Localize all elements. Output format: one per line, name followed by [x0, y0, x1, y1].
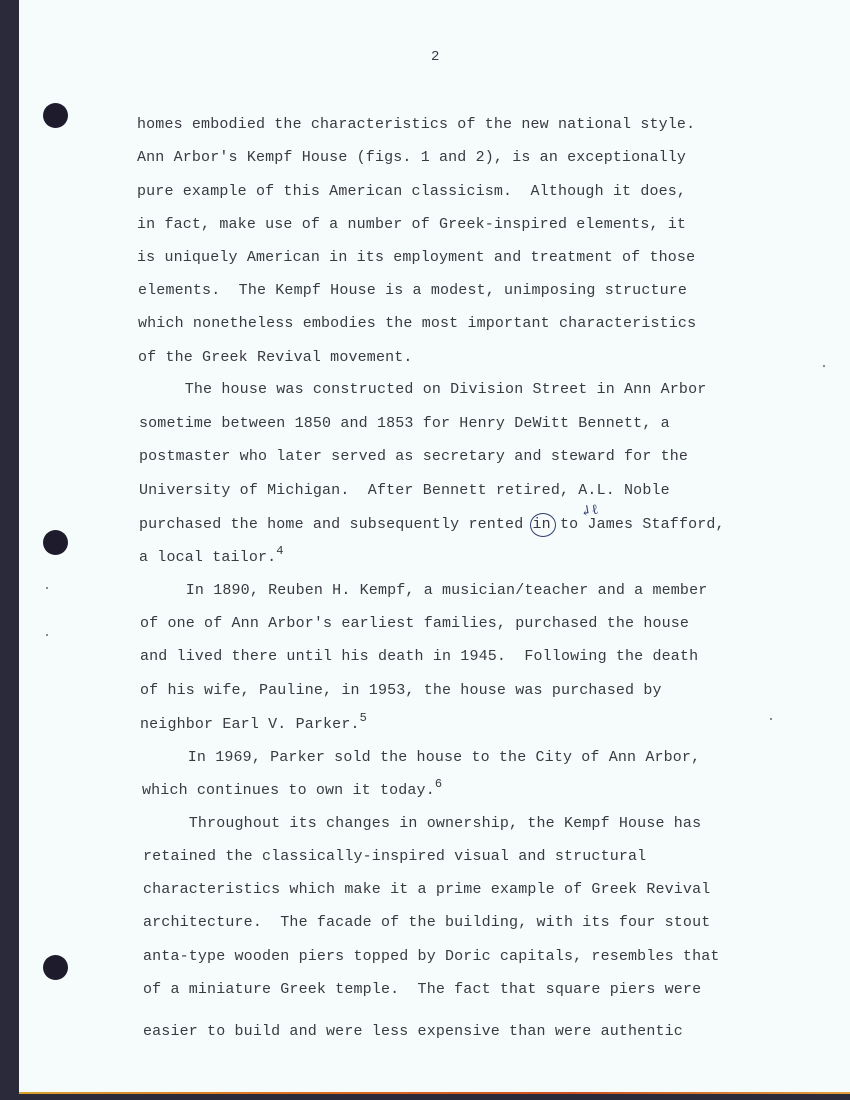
text-line: The house was constructed on Division St… [139, 381, 706, 398]
text-line: of his wife, Pauline, in 1953, the house… [140, 682, 662, 699]
speck [46, 634, 48, 636]
footnote-marker: 4 [276, 544, 283, 558]
text-line: is uniquely American in its employment a… [137, 249, 695, 266]
text-line: which nonetheless embodies the most impo… [138, 315, 696, 332]
text-line: Ann Arbor's Kempf House (figs. 1 and 2),… [137, 149, 686, 166]
text-line: a local tailor.4 [139, 549, 284, 566]
text-line: elements. The Kempf House is a modest, u… [138, 282, 687, 299]
speck [823, 365, 825, 367]
handwritten-proof-mark: ↲ℓ [579, 502, 600, 522]
text-line: retained the classically-inspired visual… [143, 848, 646, 865]
text-line: anta-type wooden piers topped by Doric c… [143, 948, 720, 965]
text-line: postmaster who later served as secretary… [139, 448, 688, 465]
text-segment: purchased the home and subsequently rent… [139, 516, 533, 533]
text-line: and lived there until his death in 1945.… [140, 648, 698, 665]
speck [46, 587, 48, 589]
text-line: which continues to own it today.6 [142, 782, 442, 799]
page-bottom-edge [19, 1092, 850, 1094]
text-line: easier to build and were less expensive … [143, 1023, 683, 1040]
text-line: of the Greek Revival movement. [138, 349, 413, 366]
punch-hole-bottom [43, 955, 68, 980]
text-line: pure example of this American classicism… [137, 183, 686, 200]
speck [770, 718, 772, 720]
text-line: University of Michigan. After Bennett re… [139, 482, 670, 499]
footnote-marker: 6 [435, 777, 442, 791]
text-segment: a local tailor. [139, 549, 276, 566]
text-line: of one of Ann Arbor's earliest families,… [140, 615, 689, 632]
punch-hole-top [43, 103, 68, 128]
text-line: purchased the home and subsequently rent… [139, 516, 725, 533]
text-line: Throughout its changes in ownership, the… [143, 815, 701, 832]
footnote-marker: 5 [360, 711, 367, 725]
text-line: In 1890, Reuben H. Kempf, a musician/tea… [140, 582, 707, 599]
text-segment: to James Stafford, [551, 516, 725, 533]
text-segment: neighbor Earl V. Parker. [140, 716, 360, 733]
circled-word-annotation: in [533, 516, 551, 533]
punch-hole-middle [43, 530, 68, 555]
text-line: In 1969, Parker sold the house to the Ci… [142, 749, 700, 766]
text-line: sometime between 1850 and 1853 for Henry… [139, 415, 670, 432]
text-line: of a miniature Greek temple. The fact th… [143, 981, 701, 998]
text-line: characteristics which make it a prime ex… [143, 881, 710, 898]
text-segment: which continues to own it today. [142, 782, 435, 799]
page-number: 2 [431, 49, 439, 65]
text-line: in fact, make use of a number of Greek-i… [137, 216, 686, 233]
text-line: homes embodied the characteristics of th… [137, 116, 695, 133]
text-line: architecture. The facade of the building… [143, 914, 710, 931]
text-line: neighbor Earl V. Parker.5 [140, 716, 367, 733]
